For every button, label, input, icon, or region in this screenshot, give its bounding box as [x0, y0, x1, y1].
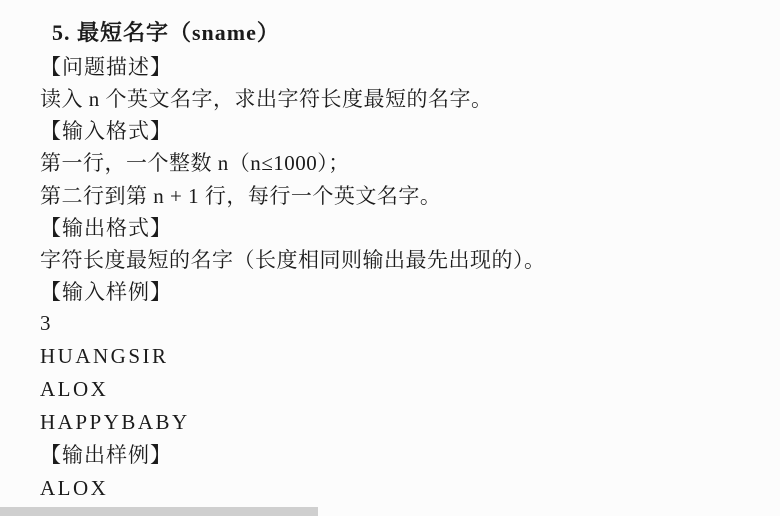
section-header-output-format: 【输出格式】 [40, 216, 172, 240]
sample-input-name-2: ALOX [40, 377, 108, 401]
scan-edge-artifact [0, 507, 318, 516]
problem-description-text: 读入 n 个英文名字，求出字符长度最短的名字。 [40, 87, 493, 111]
input-format-line-1: 第一行，一个整数 n（n≤1000）； [40, 151, 350, 175]
problem-title: 5. 最短名字（sname） [52, 21, 280, 45]
sample-input-name-1: HUANGSIR [40, 344, 169, 368]
sample-input-name-3: HAPPYBABY [40, 410, 190, 434]
section-header-problem-description: 【问题描述】 [40, 55, 172, 79]
sample-output-name: ALOX [40, 476, 108, 500]
section-header-sample-output: 【输出样例】 [40, 443, 172, 467]
section-header-input-format: 【输入格式】 [40, 119, 172, 143]
section-header-sample-input: 【输入样例】 [40, 280, 172, 304]
output-format-text: 字符长度最短的名字（长度相同则输出最先出现的）。 [40, 248, 546, 272]
sample-input-line-count: 3 [40, 311, 53, 335]
input-format-line-2: 第二行到第 n + 1 行，每行一个英文名字。 [40, 184, 441, 208]
scanned-document-page: 5. 最短名字（sname） 【问题描述】 读入 n 个英文名字，求出字符长度最… [0, 0, 780, 516]
